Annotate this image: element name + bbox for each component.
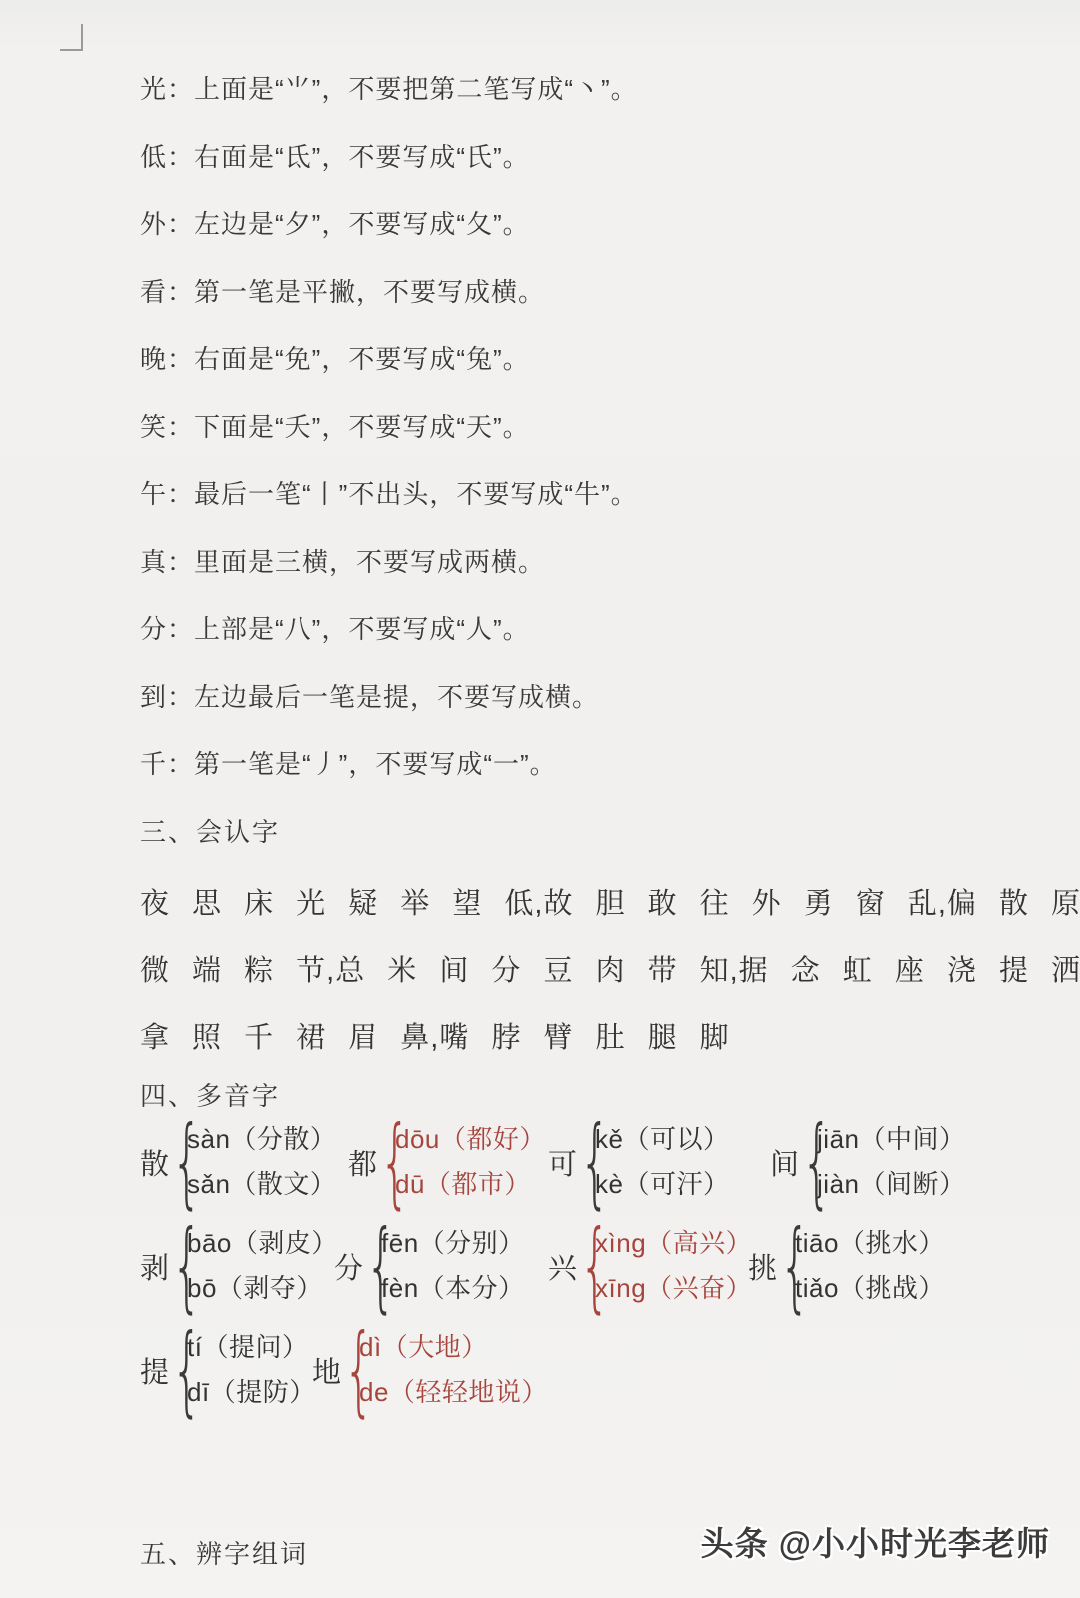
base-character: 剥 xyxy=(140,1246,169,1287)
tip-line: 低：右面是“氐”，不要写成“氏”。 xyxy=(140,122,1040,190)
polyphonic-entry: 挑 { tiāo（挑水） tiǎo（挑战） xyxy=(748,1216,945,1316)
reading-line: tiǎo（挑战） xyxy=(795,1266,945,1311)
character-row: 夜 思 床 光 疑 举 望 低,故 胆 敢 往 外 勇 窗 乱,偏 散 原 像 xyxy=(140,868,1040,935)
reading-line: dī（提防） xyxy=(187,1370,316,1415)
curly-brace-icon: { xyxy=(366,1215,379,1317)
readings: tí（提问） dī（提防） xyxy=(187,1323,316,1417)
reading-line: bō（剥夺） xyxy=(187,1266,338,1311)
reading-line: kě（可以） xyxy=(595,1117,729,1162)
tip-line: 到：左边最后一笔是提，不要写成横。 xyxy=(140,662,1040,730)
base-character: 可 xyxy=(548,1142,577,1183)
polyphonic-entry: 可 { kě（可以） kè（可汗） xyxy=(548,1112,770,1212)
reading-line: kè（可汗） xyxy=(595,1162,729,1207)
tip-line: 光：上面是“⺌”，不要把第二笔写成“丶”。 xyxy=(140,54,1040,122)
reading-line: jiàn（间断） xyxy=(817,1162,965,1207)
polyphonic-row: 提 { tí（提问） dī（提防） 地 { dì（大地） de（轻轻地说） xyxy=(140,1320,1050,1420)
base-character: 地 xyxy=(312,1350,341,1391)
readings: sàn（分散） sǎn（散文） xyxy=(187,1115,336,1209)
polyphonic-rows: 散 { sàn（分散） sǎn（散文） 都 { dōu（都好） dū（都市） 可… xyxy=(140,1112,1050,1424)
watermark-author: 头条 @小小时光李老师 xyxy=(701,1518,1050,1565)
polyphonic-entry: 剥 { bāo（剥皮） bō（剥夺） xyxy=(140,1216,334,1316)
base-character: 都 xyxy=(348,1142,377,1183)
base-character: 兴 xyxy=(548,1246,577,1287)
polyphonic-entry: 都 { dōu（都好） dū（都市） xyxy=(348,1112,548,1212)
reading-line: dōu（都好） xyxy=(395,1117,546,1162)
tip-line: 真：里面是三横，不要写成两横。 xyxy=(140,527,1040,595)
readings: dì（大地） de（轻轻地说） xyxy=(359,1323,548,1417)
polyphonic-row: 剥 { bāo（剥皮） bō（剥夺） 分 { fēn（分别） fèn（本分） 兴… xyxy=(140,1216,1050,1316)
reading-line: tiāo（挑水） xyxy=(795,1221,945,1266)
section-title-recognize: 三、会认字 xyxy=(140,812,280,849)
curly-brace-icon: { xyxy=(172,1319,185,1421)
curly-brace-icon: { xyxy=(172,1215,185,1317)
page-corner-mark xyxy=(60,24,83,51)
section-title-discriminate: 五、辨字组词 xyxy=(140,1534,308,1571)
curly-brace-icon: { xyxy=(780,1215,793,1317)
reading-line: sǎn（散文） xyxy=(187,1162,336,1207)
polyphonic-row: 散 { sàn（分散） sǎn（散文） 都 { dōu（都好） dū（都市） 可… xyxy=(140,1112,1050,1212)
readings: jiān（中间） jiàn（间断） xyxy=(817,1115,965,1209)
base-character: 提 xyxy=(140,1350,169,1391)
reading-line: de（轻轻地说） xyxy=(359,1370,548,1415)
curly-brace-icon: { xyxy=(580,1111,593,1213)
base-character: 散 xyxy=(140,1142,169,1183)
character-row: 拿 照 千 裙 眉 鼻,嘴 脖 臂 肚 腿 脚 xyxy=(140,1002,1040,1069)
reading-line: fēn（分别） xyxy=(381,1221,525,1266)
curly-brace-icon: { xyxy=(802,1111,815,1213)
polyphonic-entry: 提 { tí（提问） dī（提防） xyxy=(140,1320,312,1420)
polyphonic-entry: 散 { sàn（分散） sǎn（散文） xyxy=(140,1112,348,1212)
base-character: 分 xyxy=(334,1246,363,1287)
reading-line: jiān（中间） xyxy=(817,1117,965,1162)
readings: tiāo（挑水） tiǎo（挑战） xyxy=(795,1219,945,1313)
tip-line: 千：第一笔是“丿”，不要写成“一”。 xyxy=(140,729,1040,797)
readings: bāo（剥皮） bō（剥夺） xyxy=(187,1219,338,1313)
reading-line: xīng（兴奋） xyxy=(595,1266,752,1311)
tip-line: 看：第一笔是平撇，不要写成横。 xyxy=(140,257,1040,325)
curly-brace-icon: { xyxy=(580,1215,593,1317)
tip-line: 外：左边是“夕”，不要写成“夂”。 xyxy=(140,189,1040,257)
section-title-polyphonic: 四、多音字 xyxy=(140,1076,280,1113)
reading-line: bāo（剥皮） xyxy=(187,1221,338,1266)
readings: fēn（分别） fèn（本分） xyxy=(381,1219,525,1313)
curly-brace-icon: { xyxy=(344,1319,357,1421)
curly-brace-icon: { xyxy=(380,1111,393,1213)
polyphonic-entry: 分 { fēn（分别） fèn（本分） xyxy=(334,1216,548,1316)
reading-line: tí（提问） xyxy=(187,1325,316,1370)
readings: kě（可以） kè（可汗） xyxy=(595,1115,729,1209)
tip-line: 笑：下面是“夭”，不要写成“天”。 xyxy=(140,392,1040,460)
readings: xìng（高兴） xīng（兴奋） xyxy=(595,1219,752,1313)
reading-line: sàn（分散） xyxy=(187,1117,336,1162)
writing-tips-list: 光：上面是“⺌”，不要把第二笔写成“丶”。 低：右面是“氐”，不要写成“氏”。 … xyxy=(140,54,1040,797)
reading-line: xìng（高兴） xyxy=(595,1221,752,1266)
character-row: 微 端 粽 节,总 米 间 分 豆 肉 带 知,据 念 虹 座 浇 提 洒 xyxy=(140,935,1040,1002)
base-character: 间 xyxy=(770,1142,799,1183)
polyphonic-entry: 间 { jiān（中间） jiàn（间断） xyxy=(770,1112,966,1212)
tip-line: 分：上部是“八”，不要写成“人”。 xyxy=(140,594,1040,662)
readings: dōu（都好） dū（都市） xyxy=(395,1115,546,1209)
reading-line: dì（大地） xyxy=(359,1325,548,1370)
recognize-character-rows: 夜 思 床 光 疑 举 望 低,故 胆 敢 往 外 勇 窗 乱,偏 散 原 像 … xyxy=(140,868,1040,1069)
tip-line: 晚：右面是“免”，不要写成“兔”。 xyxy=(140,324,1040,392)
curly-brace-icon: { xyxy=(172,1111,185,1213)
base-character: 挑 xyxy=(748,1246,777,1287)
reading-line: fèn（本分） xyxy=(381,1266,525,1311)
polyphonic-entry: 地 { dì（大地） de（轻轻地说） xyxy=(312,1320,548,1420)
reading-line: dū（都市） xyxy=(395,1162,546,1207)
tip-line: 午：最后一笔“丨”不出头，不要写成“牛”。 xyxy=(140,459,1040,527)
polyphonic-entry: 兴 { xìng（高兴） xīng（兴奋） xyxy=(548,1216,748,1316)
